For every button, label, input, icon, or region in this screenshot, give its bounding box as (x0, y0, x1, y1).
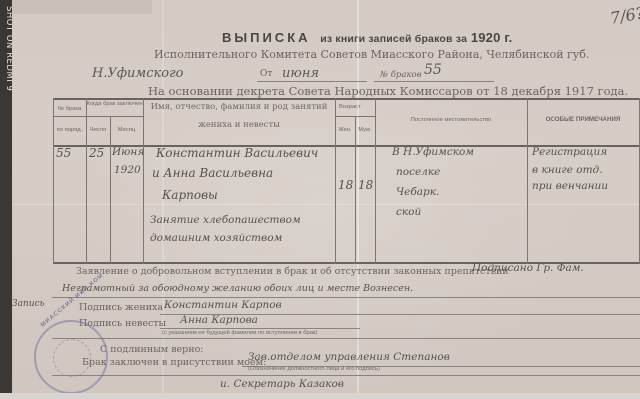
col-header-notes: ОСОБЫЕ ПРИМЕЧАНИЯ (527, 116, 639, 125)
col-header-number: № брака (53, 105, 86, 113)
table-col-line (355, 116, 356, 264)
document-page: 7/6? ВЫПИСКА из книги записей браков за … (12, 0, 640, 393)
col-header-number-sub: по поряд. (53, 126, 86, 134)
cell-residence-line-4: ской (396, 206, 421, 218)
statement-label: Заявление о добровольном вступлении в бр… (76, 266, 509, 277)
torn-edge (12, 0, 152, 14)
official-note: (Обозначение должностного лица и его под… (248, 366, 380, 372)
table-col-line (53, 98, 54, 264)
marriage-number-value: 55 (424, 62, 442, 76)
col-header-age-male: Муж. (355, 126, 375, 134)
cell-number: 55 (56, 146, 71, 160)
left-margin-note: Запись (12, 299, 45, 309)
cell-names-line-3: Карповы (162, 188, 218, 202)
col-header-when: Когда брак заключен (86, 100, 143, 108)
cell-age-female: 18 (338, 178, 353, 192)
col-header-names: Имя, отчество, фамилия и род занятий (143, 102, 335, 112)
footer-rule (52, 375, 640, 376)
issuing-authority: Исполнительного Комитета Советов Миасско… (154, 48, 589, 61)
official-signature: Зав.отделом управления Степанов (248, 351, 450, 363)
cell-notes-line-1: Регистрация (532, 146, 607, 158)
cell-names-line-2: и Анна Васильевна (152, 166, 273, 180)
signatures-rule (52, 338, 640, 339)
title-main: ВЫПИСКА (222, 30, 311, 45)
col-header-residence: Постоянное местожительство (375, 116, 527, 124)
bride-signature: Анна Карпова (180, 314, 258, 326)
official-stamp (34, 320, 108, 393)
copy-certified-label: С подлинным верно: (100, 344, 204, 355)
presence-label: Брак заключен в присутствии моем: (82, 357, 266, 368)
statement-rule (52, 297, 640, 298)
statement-handwritten-1: Подписано Гр. Фам. (472, 262, 584, 274)
cell-month: Июня (112, 146, 144, 158)
table-col-line (110, 116, 111, 264)
table-col-line (86, 98, 87, 264)
marriage-number-underline (374, 81, 494, 82)
col-header-names-sub: жениха и невесты (143, 120, 335, 130)
clerk-signature: и. Секретарь Казаков (220, 378, 344, 390)
decree-reference: На основании декрета Совета Народных Ком… (148, 84, 628, 98)
statement-handwritten-2: Неграмотный за обоюдному желанию обоих л… (62, 283, 413, 294)
photo-bottom-edge (0, 393, 640, 399)
cell-notes-line-2: в книге отд. (532, 164, 603, 176)
bride-signature-note: (с указанием ее будущей фамилии по вступ… (162, 330, 317, 336)
cell-year: 1920 (114, 164, 141, 176)
fold-line (12, 204, 640, 205)
cell-residence-line-2: поселке (396, 166, 440, 178)
place-handwritten: Н.Уфимского (92, 66, 183, 80)
col-header-day: Число (86, 126, 110, 134)
groom-signature: Константин Карпов (164, 299, 282, 311)
cell-names-line-1: Константин Васильевич (156, 146, 318, 160)
col-header-age: Возраст (335, 103, 375, 111)
cell-residence-line-3: Чебарк. (396, 186, 439, 198)
col-header-age-female: Жен. (335, 126, 355, 134)
cell-residence-line-1: В Н.Уфимском (392, 146, 474, 158)
corner-note: 7/6? (609, 3, 640, 28)
cell-names-line-5: домашним хозяйством (150, 232, 282, 244)
cell-age-male: 18 (358, 178, 373, 192)
bride-signature-rule (160, 328, 360, 329)
table-rule (53, 116, 143, 117)
title-rest: из книги записей браков за (320, 33, 467, 45)
title-year: 1920 г. (471, 30, 513, 45)
col-header-month: Месяц (110, 126, 143, 134)
cell-names-line-4: Занятие хлебопашеством (150, 214, 301, 226)
ot-value: июня (282, 66, 319, 80)
groom-signature-label: Подпись жениха (79, 302, 163, 313)
document-title: ВЫПИСКА из книги записей браков за 1920 … (222, 30, 512, 45)
table-col-line (335, 98, 336, 264)
cell-day: 25 (89, 146, 104, 160)
ot-underline (257, 81, 367, 82)
cell-notes-line-3: при венчании (532, 180, 608, 192)
